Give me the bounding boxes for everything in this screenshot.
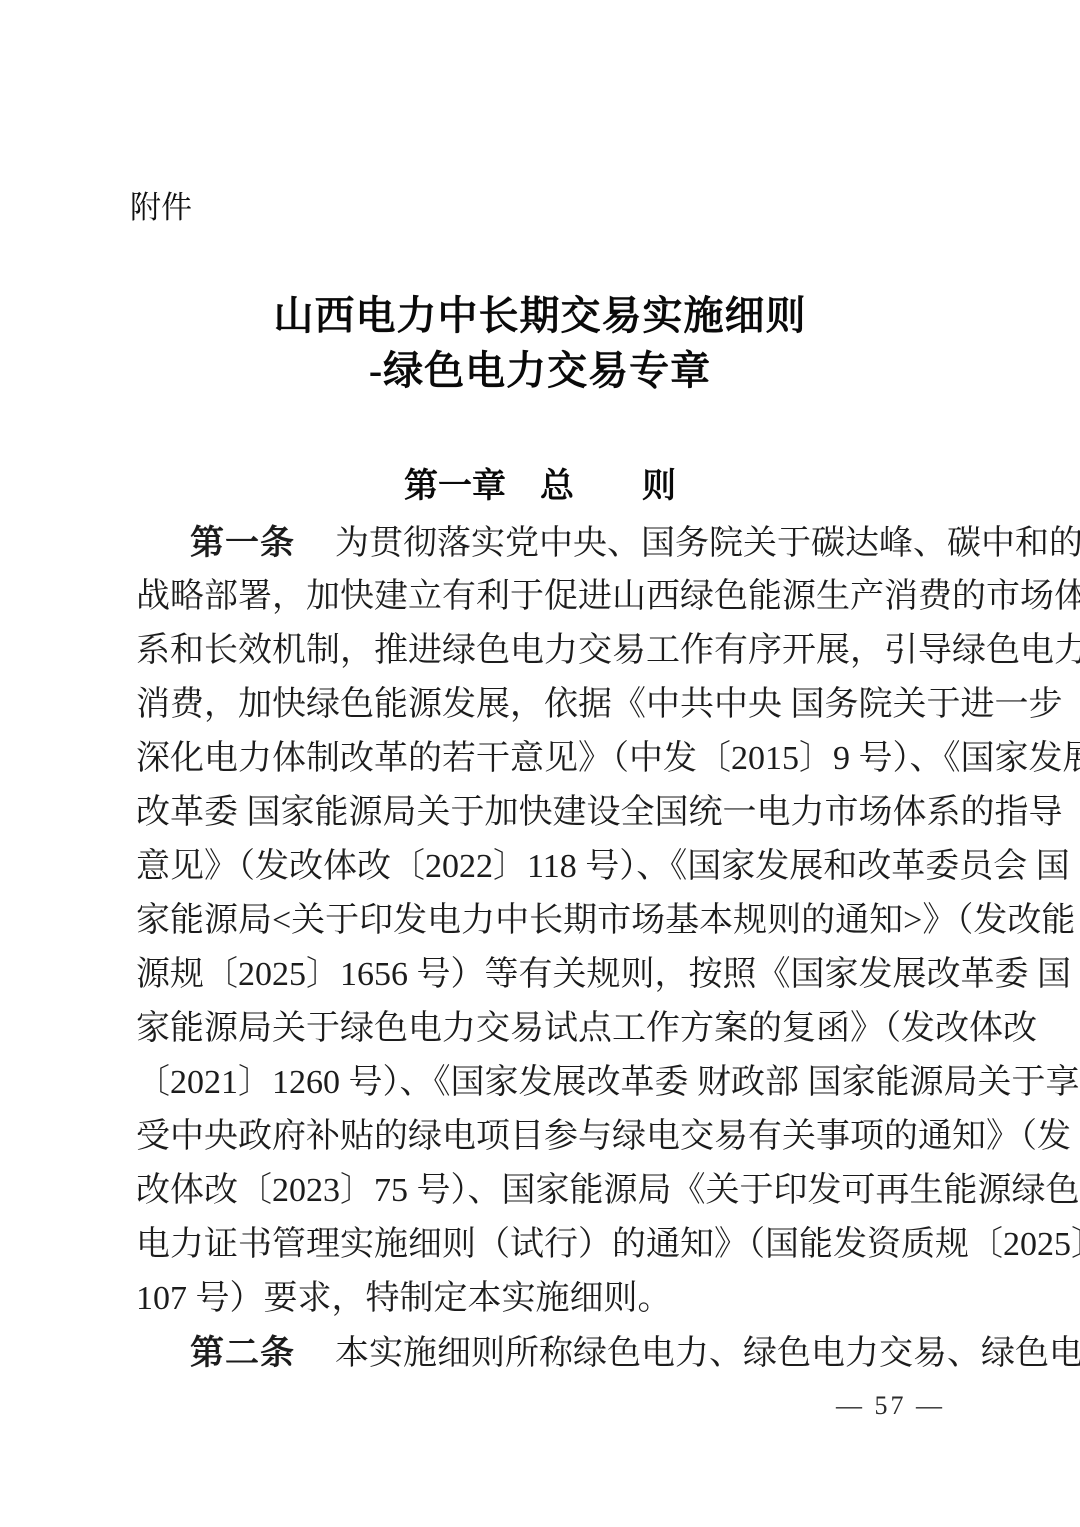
document-title-line-2: -绿色电力交易专章 bbox=[0, 343, 1080, 398]
chapter-heading: 第一章 总 则 bbox=[0, 464, 1080, 508]
article-1-term: 第一条 bbox=[190, 524, 295, 562]
article-1-line: 家能源局关于绿色电力交易试点工作方案的复函》（发改体改 bbox=[136, 1002, 946, 1056]
article-2-text: 本实施细则所称绿色电力、绿色电力交易、绿色电 bbox=[335, 1335, 1080, 1372]
article-1-line: 意见》（发改体改〔2022〕118 号）、《国家发展和改革委员会 国 bbox=[136, 840, 946, 894]
article-1-text: 为贯彻落实党中央、国务院关于碳达峰、碳中和的 bbox=[335, 525, 1080, 562]
article-1-line: 第一条为贯彻落实党中央、国务院关于碳达峰、碳中和的 bbox=[136, 516, 946, 570]
document-page: 附件 山西电力中长期交易实施细则 -绿色电力交易专章 第一章 总 则 第一条为贯… bbox=[0, 0, 1080, 1527]
article-1-line: 战略部署，加快建立有利于促进山西绿色能源生产消费的市场体 bbox=[136, 570, 946, 624]
article-1-line: 改革委 国家能源局关于加快建设全国统一电力市场体系的指导 bbox=[136, 786, 946, 840]
article-1-line: 107 号）要求，特制定本实施细则。 bbox=[136, 1272, 946, 1326]
article-2-line: 第二条本实施细则所称绿色电力、绿色电力交易、绿色电 bbox=[136, 1326, 946, 1380]
article-1-line: 深化电力体制改革的若干意见》（中发〔2015〕9 号）、《国家发展 bbox=[136, 732, 946, 786]
document-body: 第一条为贯彻落实党中央、国务院关于碳达峰、碳中和的 战略部署，加快建立有利于促进… bbox=[136, 516, 946, 1380]
article-1-line: 源规〔2025〕1656 号）等有关规则，按照《国家发展改革委 国 bbox=[136, 948, 946, 1002]
article-1-line: 家能源局<关于印发电力中长期市场基本规则的通知>》（发改能 bbox=[136, 894, 946, 948]
article-1-line: 受中央政府补贴的绿电项目参与绿电交易有关事项的通知》（发 bbox=[136, 1110, 946, 1164]
article-2-term: 第二条 bbox=[190, 1334, 295, 1372]
document-title-line-1: 山西电力中长期交易实施细则 bbox=[0, 288, 1080, 343]
page-number: — 57 — bbox=[836, 1390, 945, 1422]
article-1-line: 系和长效机制，推进绿色电力交易工作有序开展，引导绿色电力 bbox=[136, 624, 946, 678]
article-1-line: 电力证书管理实施细则（试行）的通知》（国能发资质规〔2025〕 bbox=[136, 1218, 946, 1272]
article-1-line: 〔2021〕1260 号）、《国家发展改革委 财政部 国家能源局关于享 bbox=[136, 1056, 946, 1110]
attachment-label: 附件 bbox=[130, 190, 192, 226]
article-1-line: 消费，加快绿色能源发展，依据《中共中央 国务院关于进一步 bbox=[136, 678, 946, 732]
document-title: 山西电力中长期交易实施细则 -绿色电力交易专章 bbox=[0, 288, 1080, 398]
article-1-line: 改体改〔2023〕75 号）、国家能源局《关于印发可再生能源绿色 bbox=[136, 1164, 946, 1218]
